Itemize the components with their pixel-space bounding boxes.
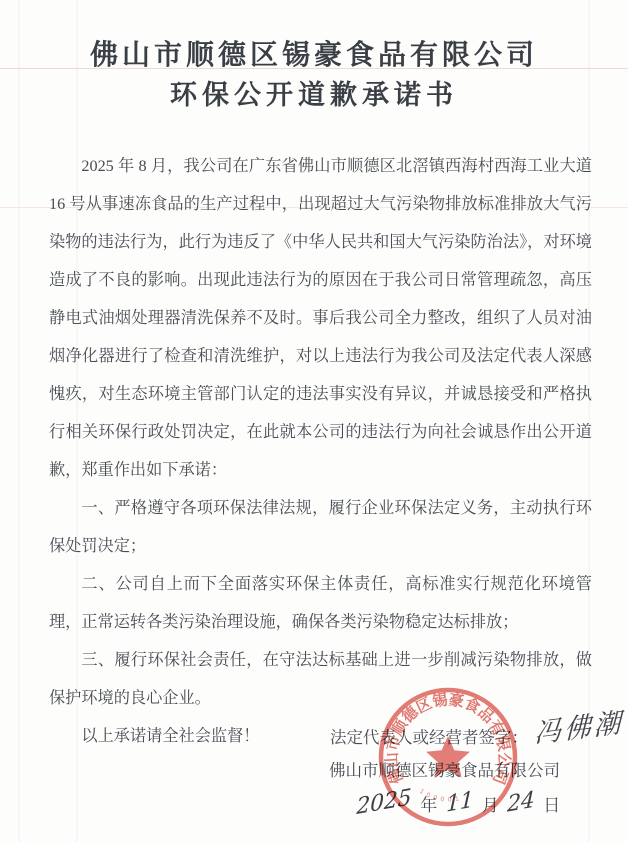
- signature-company-name: 佛山市顺德区锡豪食品有限公司: [329, 757, 560, 781]
- date-year-unit: 年: [420, 796, 437, 815]
- signature-label: 法定代表人或经营者签字：: [330, 728, 528, 747]
- document-title-company: 佛山市顺德区锡豪食品有限公司: [0, 33, 628, 73]
- document-title-subject: 环保公开道歉承诺书: [0, 73, 628, 112]
- date-month-unit: 月: [482, 796, 499, 815]
- handwritten-day: 24: [507, 787, 535, 817]
- signature-row: 法定代表人或经营者签字：冯佛潮: [330, 712, 618, 751]
- paragraph-promise-1: 一、严格遵守各项环保法律法规，履行企业环保法定义务，主动执行环保处罚决定；: [49, 489, 592, 565]
- document-body: 2025 年 8 月，我公司在广东省佛山市顺德区北滘镇西海村西海工业大道 16 …: [49, 147, 592, 755]
- paragraph-promise-3: 三、履行环保社会责任，在守法达标基础上进一步削减污染物排放，做保护环境的良心企业…: [49, 641, 592, 717]
- scan-streak: [18, 0, 20, 842]
- date-day-unit: 日: [543, 796, 560, 815]
- signature-date-row: 2025 年 11 月 24 日: [352, 791, 560, 817]
- handwritten-year: 2025: [356, 785, 412, 820]
- paragraph-promise-2: 二、公司自上而下全面落实环保主体责任，高标准实行规范化环境管理，正常运转各类污染…: [49, 565, 592, 641]
- paragraph-intro: 2025 年 8 月，我公司在广东省佛山市顺德区北滘镇西海村西海工业大道 16 …: [49, 147, 592, 489]
- scanned-document-page: 佛山市顺德区锡豪食品有限公司 环保公开道歉承诺书 2025 年 8 月，我公司在…: [0, 0, 628, 842]
- handwritten-month: 11: [445, 787, 473, 817]
